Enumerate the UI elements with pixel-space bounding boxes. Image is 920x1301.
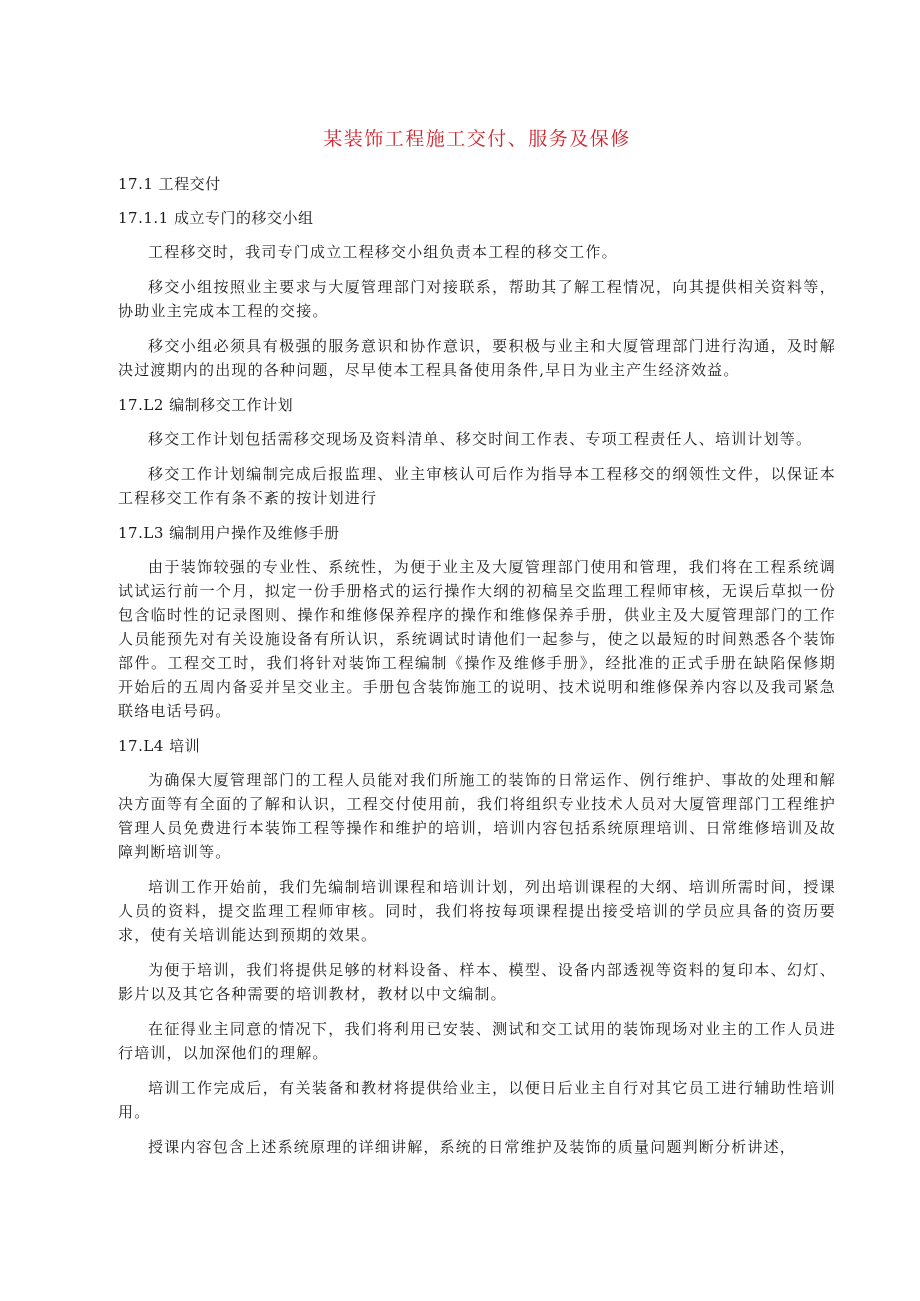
- paragraph: 移交工作计划编制完成后报监理、业主审核认可后作为指导本工程移交的纲领性文件，以保…: [118, 462, 836, 510]
- paragraph: 移交小组必须具有极强的服务意识和协作意识，要积极与业主和大厦管理部门进行沟通，及…: [118, 334, 836, 382]
- paragraph: 移交工作计划包括需移交现场及资料清单、移交时间工作表、专项工程责任人、培训计划等…: [118, 427, 836, 451]
- paragraph: 工程移交时，我司专门成立工程移交小组负责本工程的移交工作。: [118, 240, 836, 264]
- section-heading-17-1-1: 17.1.1 成立专门的移交小组: [118, 206, 836, 230]
- paragraph: 在征得业主同意的情况下，我们将利用已安装、测试和交工试用的装饰现场对业主的工作人…: [118, 1017, 836, 1065]
- paragraph: 为便于培训，我们将提供足够的材料设备、样本、模型、设备内部透视等资料的复印本、幻…: [118, 958, 836, 1006]
- section-heading-17-1-3: 17.L3 编制用户操作及维修手册: [118, 521, 836, 545]
- section-heading-17-1-4: 17.L4 培训: [118, 734, 836, 758]
- paragraph: 培训工作开始前，我们先编制培训课程和培训计划，列出培训课程的大纲、培训所需时间，…: [118, 875, 836, 947]
- paragraph: 由于装饰较强的专业性、系统性，为便于业主及大厦管理部门使用和管理，我们将在工程系…: [118, 555, 836, 723]
- section-heading-17-1-2: 17.L2 编制移交工作计划: [118, 393, 836, 417]
- paragraph: 为确保大厦管理部门的工程人员能对我们所施工的装饰的日常运作、例行维护、事故的处理…: [118, 768, 836, 864]
- paragraph: 培训工作完成后，有关装备和教材将提供给业主，以便日后业主自行对其它员工进行辅助性…: [118, 1076, 836, 1124]
- paragraph: 移交小组按照业主要求与大厦管理部门对接联系，帮助其了解工程情况，向其提供相关资料…: [118, 275, 836, 323]
- section-heading-17-1: 17.1 工程交付: [118, 172, 836, 196]
- paragraph: 授课内容包含上述系统原理的详细讲解，系统的日常维护及装饰的质量问题判断分析讲述，: [118, 1135, 836, 1159]
- document-title: 某装饰工程施工交付、服务及保修: [118, 124, 836, 151]
- document-body: 17.1 工程交付 17.1.1 成立专门的移交小组 工程移交时，我司专门成立工…: [118, 172, 836, 1170]
